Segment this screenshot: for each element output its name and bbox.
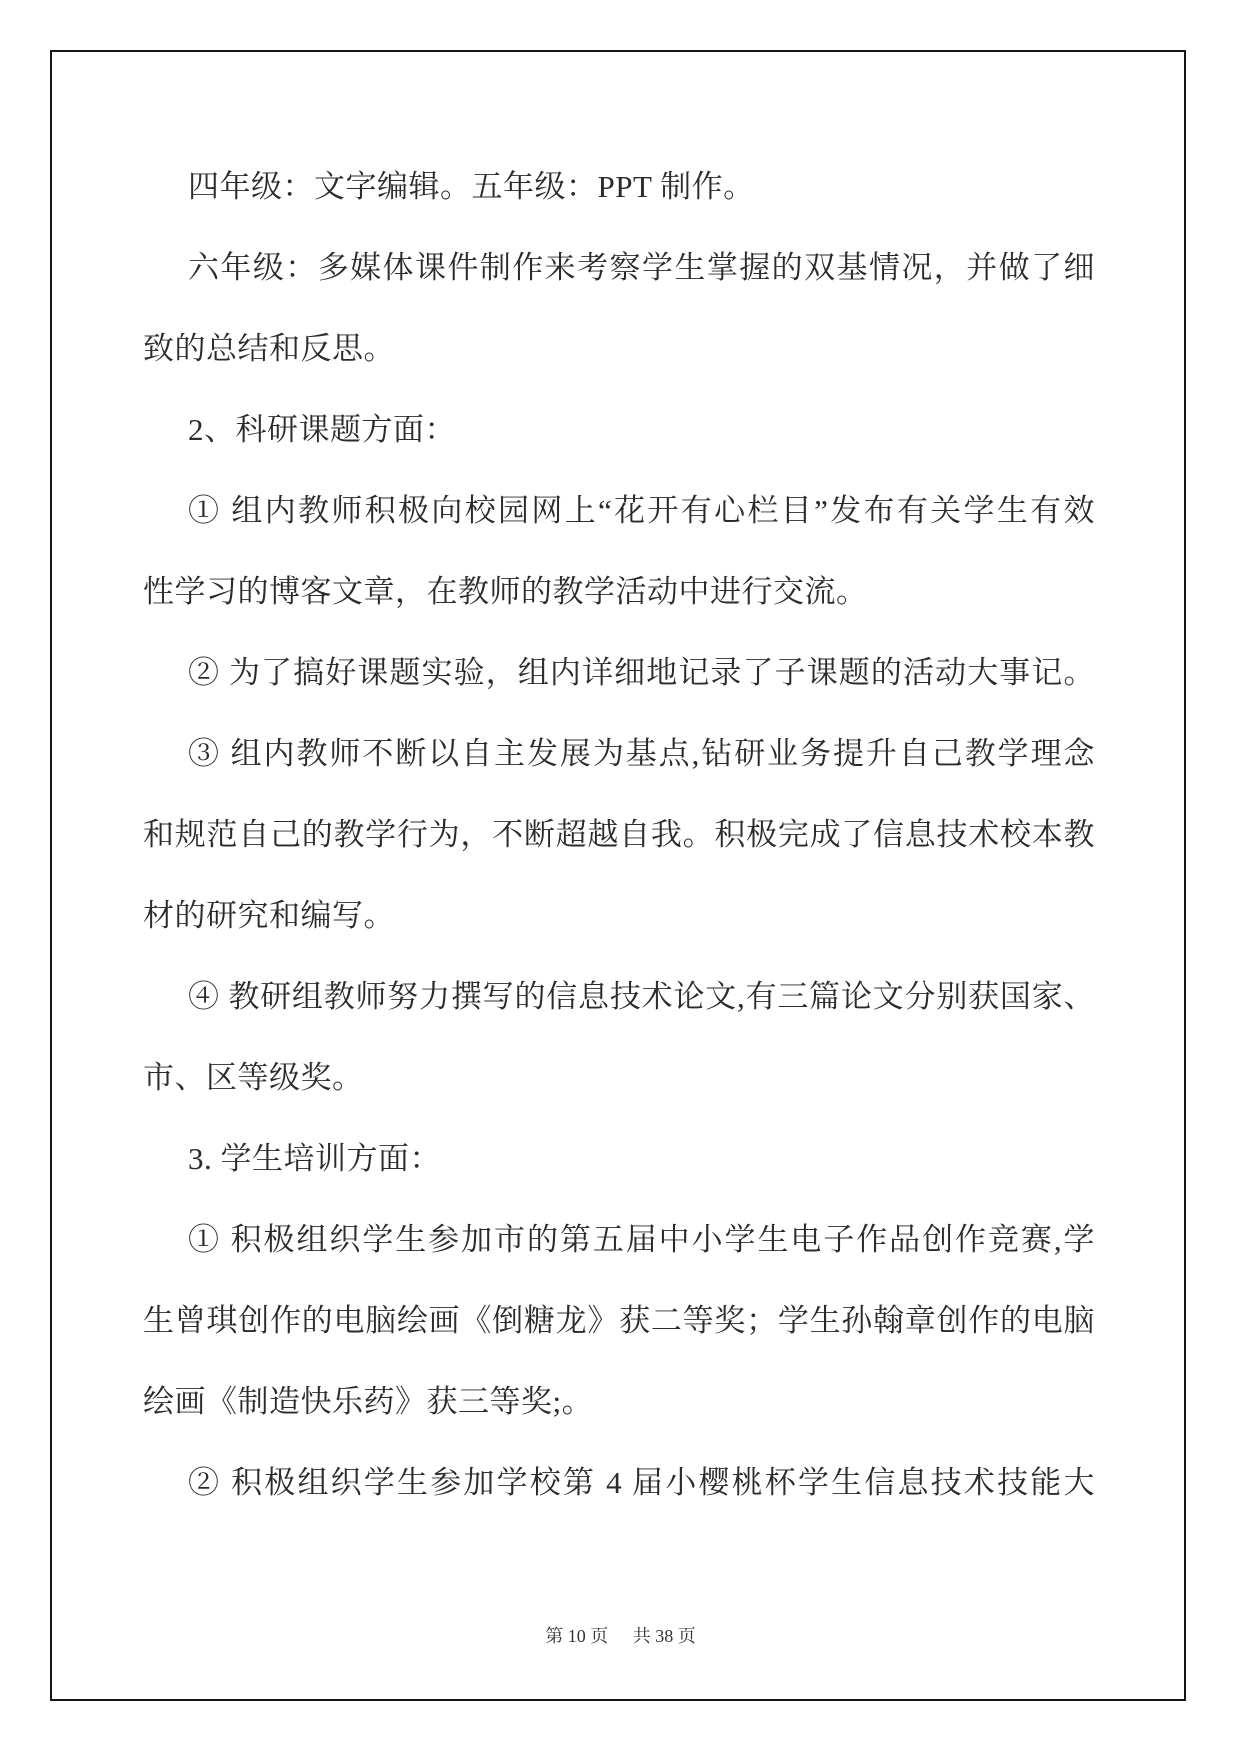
text-line: 3. 学生培训方面： [143,1118,1095,1199]
text-line: ② 为了搞好课题实验，组内详细地记录了子课题的活动大事记。 [143,632,1095,713]
text-line: 材的研究和编写。 [143,875,1095,956]
text-line: 六年级：多媒体课件制作来考察学生掌握的双基情况，并做了细 [143,227,1095,308]
text-line: 四年级：文字编辑。五年级：PPT 制作。 [143,146,1095,227]
page-footer: 第 10 页 共 38 页 [0,1622,1241,1648]
text-line: ① 组内教师积极向校园网上“花开有心栏目”发布有关学生有效 [143,470,1095,551]
page-number: 第 10 页 [545,1622,608,1648]
total-pages: 共 38 页 [633,1622,696,1648]
text-line: ① 积极组织学生参加市的第五届中小学生电子作品创作竞赛,学 [143,1199,1095,1280]
text-line: ③ 组内教师不断以自主发展为基点,钻研业务提升自己教学理念 [143,713,1095,794]
text-line: ② 积极组织学生参加学校第 4 届小樱桃杯学生信息技术技能大 [143,1442,1095,1523]
text-line: 市、区等级奖。 [143,1037,1095,1118]
text-line: 绘画《制造快乐药》获三等奖;。 [143,1361,1095,1442]
document-body: 四年级：文字编辑。五年级：PPT 制作。 六年级：多媒体课件制作来考察学生掌握的… [143,146,1095,1523]
text-line: 致的总结和反思。 [143,308,1095,389]
text-line: ④ 教研组教师努力撰写的信息技术论文,有三篇论文分别获国家、 [143,956,1095,1037]
document-page: 四年级：文字编辑。五年级：PPT 制作。 六年级：多媒体课件制作来考察学生掌握的… [0,0,1241,1754]
text-line: 和规范自己的教学行为，不断超越自我。积极完成了信息技术校本教 [143,794,1095,875]
text-line: 生曾琪创作的电脑绘画《倒糖龙》获二等奖；学生孙翰章创作的电脑 [143,1280,1095,1361]
text-line: 性学习的博客文章，在教师的教学活动中进行交流。 [143,551,1095,632]
text-line: 2、科研课题方面： [143,389,1095,470]
